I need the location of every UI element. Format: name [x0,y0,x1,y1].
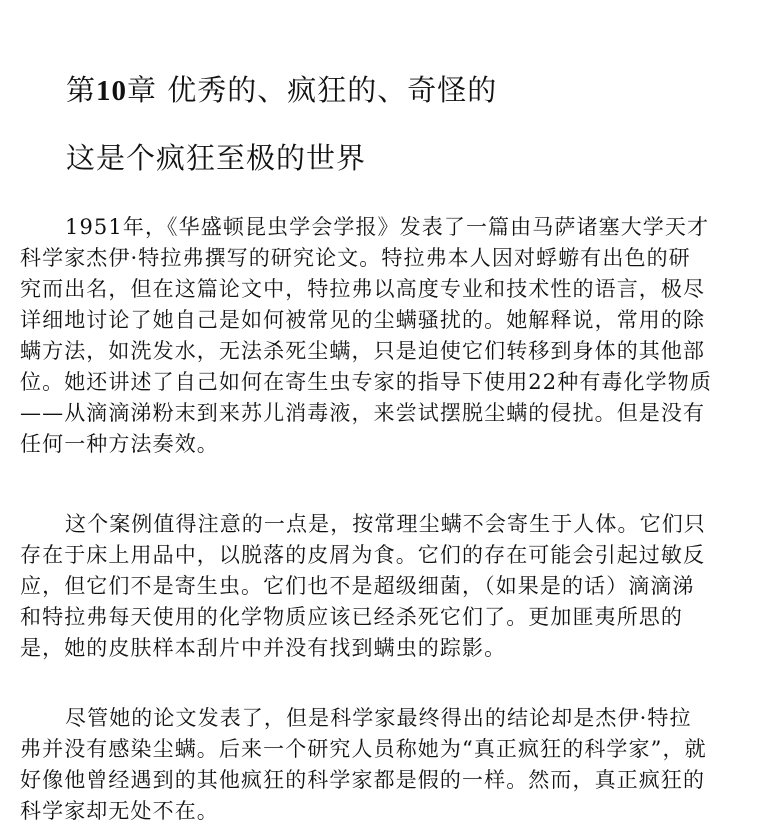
chapter-number: 10 [96,75,127,107]
paragraph-line: 科学家杰伊·特拉弗撰写的研究论文。特拉弗本人因对蜉蝣有出色的研 [20,243,732,274]
chapter-prefix: 第 [66,73,96,107]
paragraph-line: ——从滴滴涕粉末到来苏儿消毒液，来尝试摆脱尘螨的侵扰。但是没有 [20,398,732,429]
paragraph-line: 和特拉弗每天使用的化学物质应该已经杀死它们了。更加匪夷所思的 [20,602,732,633]
paragraph-line: 弗并没有感染尘螨。后来一个研究人员称她为“真正疯狂的科学家”，就 [20,734,732,765]
chapter-title: 第10章 优秀的、疯狂的、奇怪的 [66,70,497,111]
paragraph-line: 尽管她的论文发表了，但是科学家最终得出的结论却是杰伊·特拉 [20,703,732,734]
section-title: 这是个疯狂至极的世界 [66,138,366,178]
chapter-subtitle: 章 优秀的、疯狂的、奇怪的 [127,73,497,107]
paragraph-1: 1951年，《华盛顿昆虫学会学报》发表了一篇由马萨诸塞大学天才 科学家杰伊·特拉… [20,212,732,460]
paragraph-line: 存在于床上用品中，以脱落的皮屑为食。它们的存在可能会引起过敏反 [20,540,732,571]
paragraph-line: 究而出名，但在这篇论文中，特拉弗以高度专业和技术性的语言，极尽 [20,274,732,305]
paragraph-line: 这个案例值得注意的一点是，按常理尘螨不会寄生于人体。它们只 [20,509,732,540]
paragraph-2: 这个案例值得注意的一点是，按常理尘螨不会寄生于人体。它们只 存在于床上用品中，以… [20,509,732,664]
paragraph-line: 位。她还讲述了自己如何在寄生虫专家的指导下使用22种有毒化学物质 [20,367,732,398]
paragraph-line: 应，但它们不是寄生虫。它们也不是超级细菌，（如果是的话）滴滴涕 [20,571,732,602]
paragraph-line: 好像他曾经遇到的其他疯狂的科学家都是假的一样。然而，真正疯狂的 [20,765,732,796]
paragraph-line: 是，她的皮肤样本刮片中并没有找到螨虫的踪影。 [20,633,732,664]
paragraph-line: 任何一种方法奏效。 [20,429,732,460]
paragraph-line: 科学家却无处不在。 [20,796,732,827]
paragraph-line: 1951年，《华盛顿昆虫学会学报》发表了一篇由马萨诸塞大学天才 [20,212,732,243]
paragraph-line: 详细地讨论了她自己是如何被常见的尘螨骚扰的。她解释说，常用的除 [20,305,732,336]
paragraph-line: 螨方法，如洗发水，无法杀死尘螨，只是迫使它们转移到身体的其他部 [20,336,732,367]
paragraph-3: 尽管她的论文发表了，但是科学家最终得出的结论却是杰伊·特拉 弗并没有感染尘螨。后… [20,703,732,827]
